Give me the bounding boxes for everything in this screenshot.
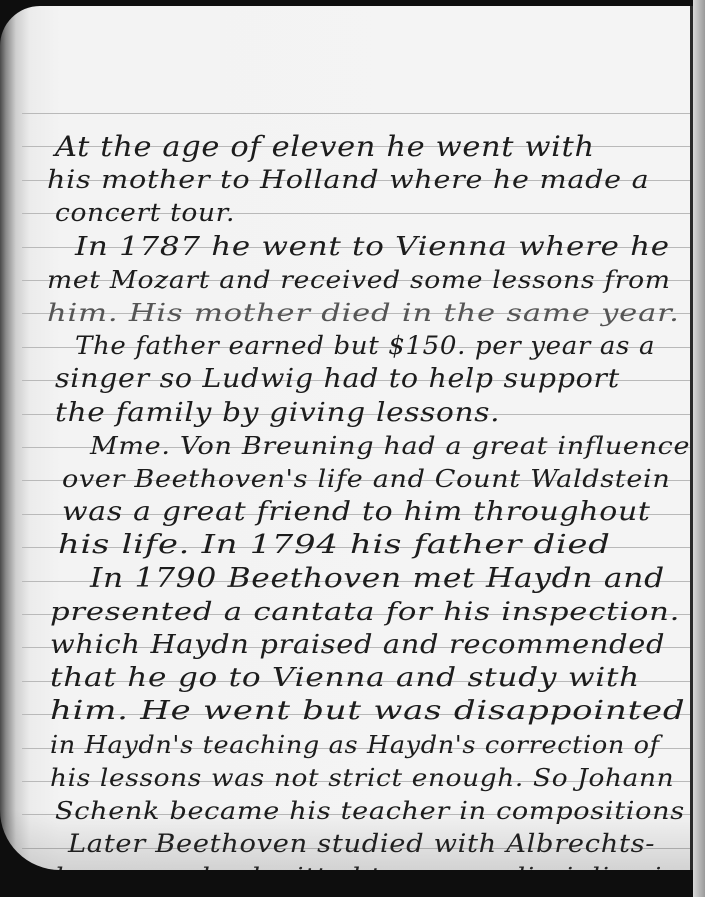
text-line: presented a cantata for his inspection.	[50, 597, 680, 627]
text-line: Mme. Von Breuning had a great influence	[90, 431, 690, 461]
text-line: over Beethoven's life and Count Waldstei…	[62, 464, 670, 494]
text-line: The father earned but $150. per year as …	[75, 331, 655, 361]
text-line: in Haydn's teaching as Haydn's correctio…	[50, 730, 660, 760]
notebook-page: At the age of eleven he went with his mo…	[0, 6, 692, 870]
text-line: In 1790 Beethoven met Haydn and	[90, 564, 665, 594]
text-line: his mother to Holland where he made a	[47, 165, 649, 195]
text-line: the family by giving lessons.	[55, 398, 500, 428]
text-line: concert tour.	[55, 198, 235, 228]
text-line: him. He went but was disappointed	[50, 696, 685, 726]
next-page-edge	[693, 0, 705, 897]
text-line: him. His mother died in the same year.	[47, 298, 680, 328]
text-line: that he go to Vienna and study with	[50, 663, 640, 693]
text-line: his life. In 1794 his father died	[58, 530, 611, 560]
text-line: At the age of eleven he went with	[55, 132, 595, 162]
text-line: singer so Ludwig had to help support	[55, 364, 620, 394]
text-line: which Haydn praised and recommended	[50, 630, 665, 660]
text-line: was a great friend to him throughout	[62, 497, 651, 527]
text-line: berger and submitted to severe disciplin…	[55, 862, 680, 870]
text-line: met Mozart and received some lessons fro…	[47, 265, 671, 295]
text-line: his lessons was not strict enough. So Jo…	[50, 763, 674, 793]
text-line: Schenk became his teacher in composition…	[55, 796, 685, 826]
text-line: In 1787 he went to Vienna where he	[75, 232, 670, 262]
ruled-line	[22, 113, 690, 114]
text-line: Later Beethoven studied with Albrechts-	[68, 829, 655, 859]
